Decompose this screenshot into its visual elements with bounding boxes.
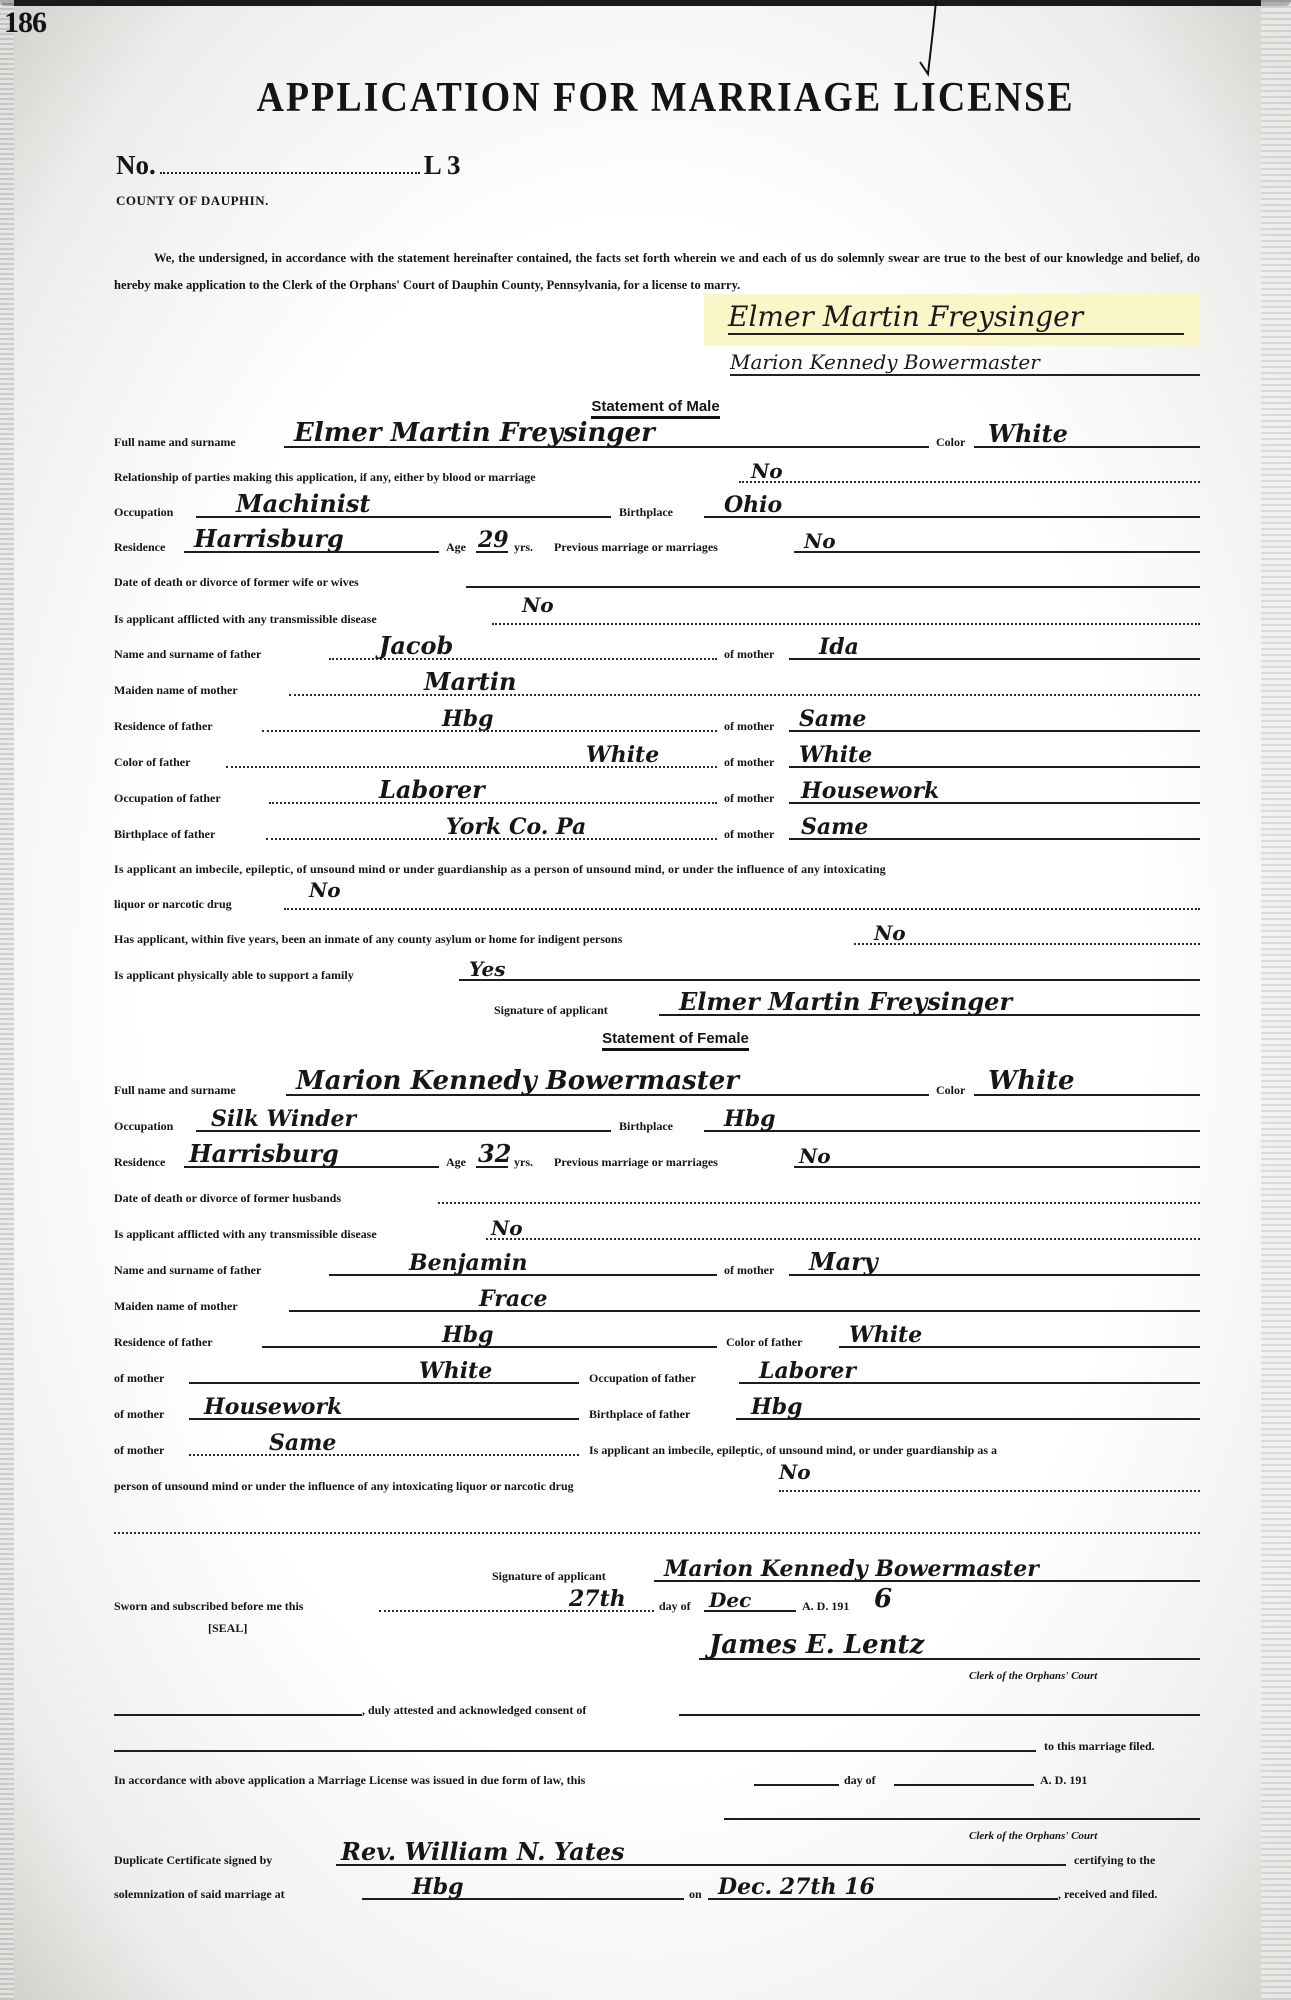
male-birthplace-field[interactable]: Ohio <box>704 496 1200 518</box>
female-imbecile-field[interactable]: No <box>779 1470 1200 1492</box>
female-father-name-row: Name and surname of father Benjamin of m… <box>114 1256 1200 1278</box>
issued-clerk-title-row: Clerk of the Orphans' Court <box>114 1820 1200 1842</box>
issued-clerk-signature-field[interactable] <box>724 1798 1200 1820</box>
sworn-month-field[interactable]: Dec <box>704 1590 796 1612</box>
license-number: No.L 3 <box>116 150 461 181</box>
female-mother-name-field[interactable]: Mary <box>789 1254 1200 1276</box>
clerk-signature-row: James E. Lentz <box>114 1640 1200 1662</box>
male-father-name-row: Name and surname of father Jacob of moth… <box>114 640 1200 662</box>
female-signature-field[interactable]: Marion Kennedy Bowermaster <box>654 1560 1200 1582</box>
male-father-color-row: Color of father White of mother White <box>114 748 1200 770</box>
female-maiden-name-field[interactable]: Frace <box>289 1290 1200 1312</box>
top-signature-male: Elmer Martin Freysinger <box>728 300 1184 335</box>
page-number: 186 <box>4 6 46 40</box>
preamble: We, the undersigned, in accordance with … <box>114 245 1200 299</box>
scan-edge-top <box>0 0 1291 6</box>
female-mother-birthplace-field[interactable]: Same <box>189 1434 579 1456</box>
page-title: APPLICATION FOR MARRIAGE LICENSE <box>0 74 1291 122</box>
number-label: No. <box>116 150 156 180</box>
sworn-row: Sworn and subscribed before me this 27th… <box>114 1592 1200 1614</box>
duplicate-row: Duplicate Certificate signed by Rev. Wil… <box>114 1846 1200 1868</box>
female-mother-color-row: of mother White Occupation of father Lab… <box>114 1364 1200 1386</box>
male-asylum-row: Has applicant, within five years, been a… <box>114 925 1200 947</box>
solemnization-place-field[interactable]: Hbg <box>362 1878 684 1900</box>
female-occupation-field[interactable]: Silk Winder <box>196 1110 611 1132</box>
female-date-death-field[interactable] <box>438 1182 1200 1204</box>
male-occupation-field[interactable]: Machinist <box>196 496 611 518</box>
male-occupation-row: Occupation Machinist Birthplace Ohio <box>114 498 1200 520</box>
male-date-death-row: Date of death or divorce of former wife … <box>114 568 1200 590</box>
seal-row: [SEAL] <box>114 1614 1200 1636</box>
issued-day-field[interactable] <box>754 1764 839 1786</box>
male-father-birthplace-row: Birthplace of father York Co. Pa of moth… <box>114 820 1200 842</box>
sworn-day-field[interactable]: 27th <box>379 1590 654 1612</box>
consent-of-field[interactable] <box>679 1694 1200 1716</box>
female-mother-color-field[interactable]: White <box>189 1362 579 1384</box>
female-father-birthplace-field[interactable]: Hbg <box>736 1398 1200 1420</box>
female-residence-row: Residence Harrisburg Age 32 yrs. Previou… <box>114 1148 1200 1170</box>
top-signature-female: Marion Kennedy Bowermaster <box>730 350 1200 376</box>
sworn-year-suffix: 6 <box>874 1584 892 1614</box>
male-relationship-field[interactable]: No <box>739 461 1200 483</box>
female-mother-occupation-field[interactable]: Housework <box>189 1398 579 1420</box>
female-father-name-field[interactable]: Benjamin <box>329 1254 717 1276</box>
male-full-name-row: Full name and surname Elmer Martin Freys… <box>114 428 1200 450</box>
male-asylum-field[interactable]: No <box>854 923 1200 945</box>
consent-filed-row: to this marriage filed. <box>114 1732 1200 1754</box>
male-date-death-field[interactable] <box>466 566 1200 588</box>
issued-row: In accordance with above application a M… <box>114 1766 1200 1788</box>
seal-label: [SEAL] <box>208 1621 247 1636</box>
male-residence-field[interactable]: Harrisburg <box>184 531 439 553</box>
female-date-death-row: Date of death or divorce of former husba… <box>114 1184 1200 1206</box>
female-father-residence-field[interactable]: Hbg <box>262 1326 717 1348</box>
male-mother-occupation-field[interactable]: Housework <box>789 782 1200 804</box>
female-full-name-field[interactable]: Marion Kennedy Bowermaster <box>286 1074 929 1096</box>
female-occupation-row: Occupation Silk Winder Birthplace Hbg <box>114 1112 1200 1134</box>
male-previous-marriage-field[interactable]: No <box>794 531 1200 553</box>
male-imbecile-row-2: liquor or narcotic drug No <box>114 890 1200 912</box>
male-disease-field[interactable]: No <box>492 603 1200 625</box>
male-full-name-field[interactable]: Elmer Martin Freysinger <box>284 426 929 448</box>
blank-line[interactable] <box>114 1512 1200 1534</box>
county-label: COUNTY OF DAUPHIN. <box>116 193 269 209</box>
male-mother-residence-field[interactable]: Same <box>789 710 1200 732</box>
female-maiden-name-row: Maiden name of mother Frace <box>114 1292 1200 1314</box>
male-father-residence-field[interactable]: Hbg <box>262 710 717 732</box>
female-birthplace-field[interactable]: Hbg <box>704 1110 1200 1132</box>
issued-month-field[interactable] <box>894 1764 1034 1786</box>
female-previous-marriage-field[interactable]: No <box>794 1146 1200 1168</box>
checkmark-icon <box>918 0 948 78</box>
scan-edge-left <box>0 0 14 2000</box>
female-imbecile-row: person of unsound mind or under the infl… <box>114 1472 1200 1494</box>
number-value: L 3 <box>424 150 461 180</box>
male-color-field[interactable]: White <box>974 426 1200 448</box>
male-mother-birthplace-field[interactable]: Same <box>789 818 1200 840</box>
male-residence-row: Residence Harrisburg Age 29 yrs. Previou… <box>114 533 1200 555</box>
male-maiden-name-field[interactable]: Martin <box>289 674 1200 696</box>
female-section-heading: Statement of Female <box>0 1030 1291 1047</box>
female-disease-field[interactable]: No <box>486 1218 1200 1240</box>
female-mother-birthplace-row: of mother Same Is applicant an imbecile,… <box>114 1436 1200 1458</box>
male-father-name-field[interactable]: Jacob <box>329 638 717 660</box>
female-father-color-field[interactable]: White <box>839 1326 1200 1348</box>
consent-continuation-field[interactable] <box>114 1730 1036 1752</box>
female-full-name-row: Full name and surname Marion Kennedy Bow… <box>114 1076 1200 1098</box>
issued-clerk-row <box>114 1800 1200 1822</box>
male-mother-color-field[interactable]: White <box>789 746 1200 768</box>
male-support-row: Is applicant physically able to support … <box>114 961 1200 983</box>
female-color-field[interactable]: White <box>974 1074 1200 1096</box>
male-disease-row: Is applicant afflicted with any transmis… <box>114 605 1200 627</box>
male-imbecile-row-1: Is applicant an imbecile, epileptic, of … <box>114 855 1200 877</box>
clerk-title-row: Clerk of the Orphans' Court <box>114 1660 1200 1682</box>
solemnization-date-field[interactable]: Dec. 27th 16 <box>708 1878 1058 1900</box>
male-father-color-field[interactable]: White <box>226 746 717 768</box>
male-section-heading: Statement of Male <box>0 398 1291 415</box>
male-maiden-name-row: Maiden name of mother Martin <box>114 676 1200 698</box>
male-father-birthplace-field[interactable]: York Co. Pa <box>266 818 717 840</box>
consent-row: , duly attested and acknowledged consent… <box>114 1696 1200 1718</box>
female-age-field[interactable]: 32 <box>476 1146 508 1168</box>
male-support-field[interactable]: Yes <box>459 959 1200 981</box>
female-father-occupation-field[interactable]: Laborer <box>739 1362 1200 1384</box>
male-father-occupation-row: Occupation of father Laborer of mother H… <box>114 784 1200 806</box>
female-residence-field[interactable]: Harrisburg <box>184 1146 439 1168</box>
female-extra-line-row <box>114 1514 1200 1536</box>
scan-edge-right <box>1261 0 1291 2000</box>
male-mother-name-field[interactable]: Ida <box>789 638 1200 660</box>
female-signature-row: Signature of applicant Marion Kennedy Bo… <box>114 1562 1200 1584</box>
male-imbecile-field[interactable]: No <box>284 888 1200 910</box>
duplicate-signed-by-field[interactable]: Rev. William N. Yates <box>336 1844 1066 1866</box>
male-age-field[interactable]: 29 <box>476 531 508 553</box>
male-father-residence-row: Residence of father Hbg of mother Same <box>114 712 1200 734</box>
document-page: 186 APPLICATION FOR MARRIAGE LICENSE No.… <box>0 0 1291 2000</box>
female-mother-occupation-row: of mother Housework Birthplace of father… <box>114 1400 1200 1422</box>
male-relationship-row: Relationship of parties making this appl… <box>114 463 1200 485</box>
consent-name-field[interactable] <box>114 1694 362 1716</box>
clerk-signature-field[interactable]: James E. Lentz <box>699 1638 1200 1660</box>
male-signature-field[interactable]: Elmer Martin Freysinger <box>659 994 1200 1016</box>
solemnization-row: solemnization of said marriage at Hbg on… <box>114 1880 1200 1902</box>
male-signature-row: Signature of applicant Elmer Martin Frey… <box>114 996 1200 1018</box>
female-father-residence-row: Residence of father Hbg Color of father … <box>114 1328 1200 1350</box>
female-disease-row: Is applicant afflicted with any transmis… <box>114 1220 1200 1242</box>
male-father-occupation-field[interactable]: Laborer <box>269 782 717 804</box>
